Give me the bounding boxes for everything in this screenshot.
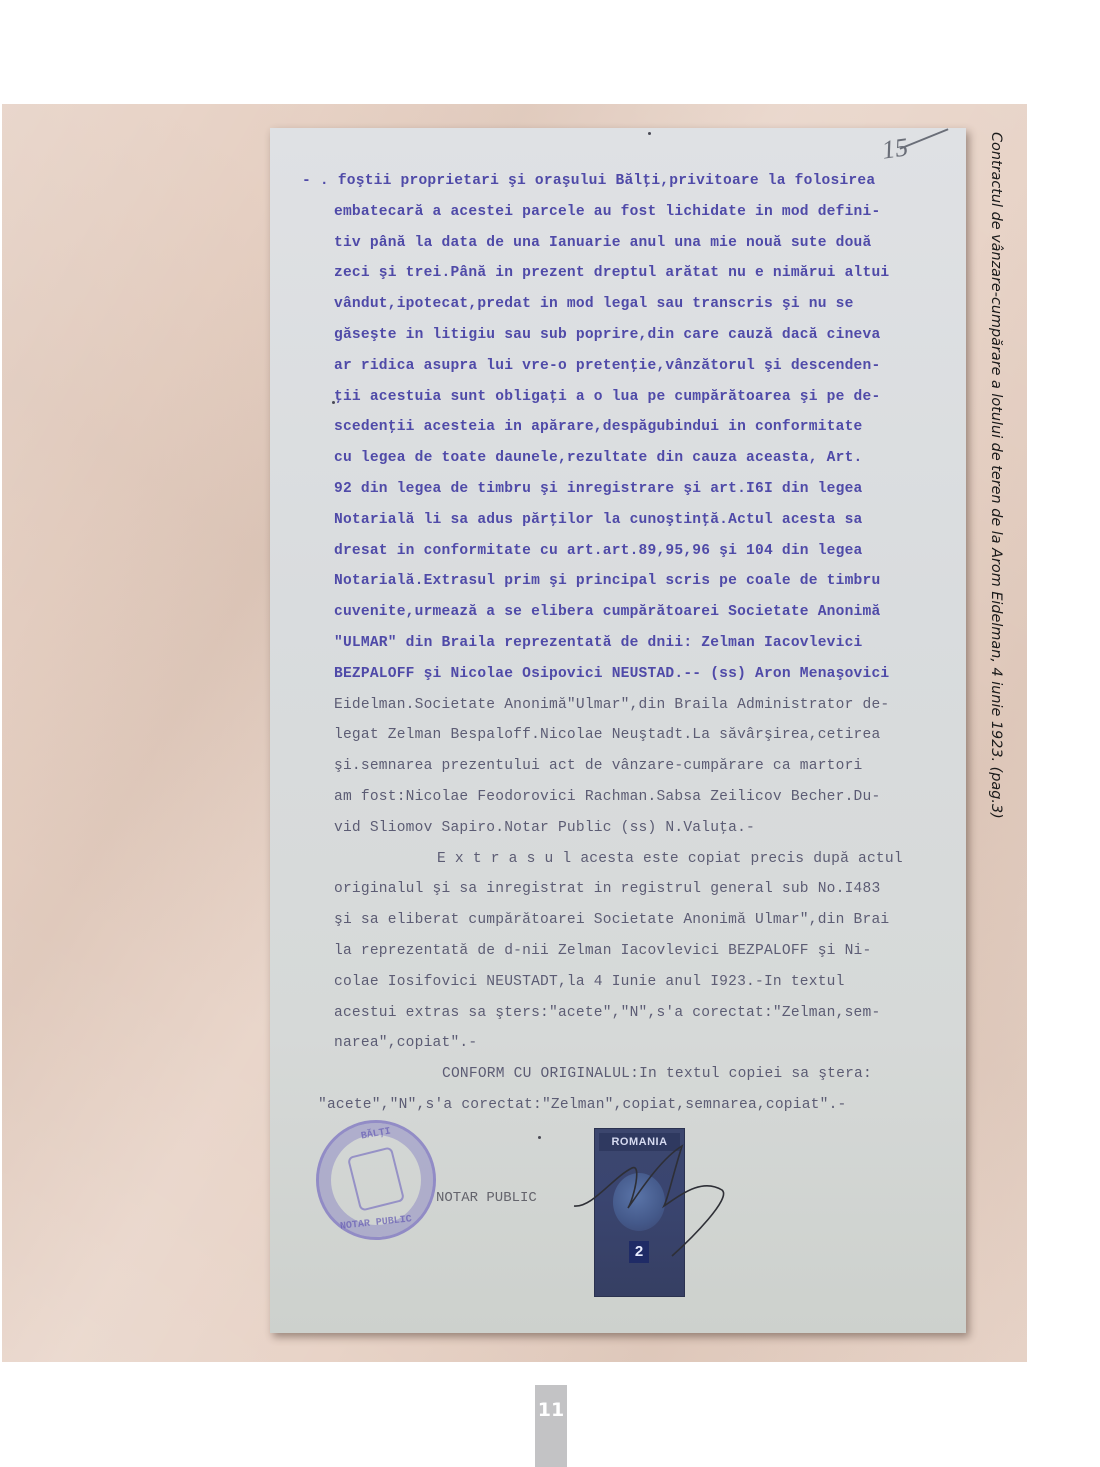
page-number: 11 — [535, 1399, 567, 1421]
text-line: la reprezentată de d-nii Zelman Iacovlev… — [302, 936, 962, 967]
text-line: colae Iosifovici NEUSTADT,la 4 Iunie anu… — [302, 967, 962, 998]
text-line: acestui extras sa şters:"acete","N",s'a … — [302, 998, 962, 1029]
text-line: găseşte in litigiu sau sub poprire,din c… — [302, 320, 962, 351]
text-line: originalul şi sa inregistrat in registru… — [302, 874, 962, 905]
seal-top-text: BĂLŢI — [319, 1119, 433, 1150]
text-line: am fost:Nicolae Feodorovici Rachman.Sabs… — [302, 782, 962, 813]
typed-contract-text: - . foştii proprietari şi oraşului Bălţi… — [302, 166, 962, 1121]
ink-speck — [648, 132, 651, 135]
text-line: 92 din legea de timbru şi inregistrare ş… — [302, 474, 962, 505]
ink-speck — [332, 401, 335, 404]
text-line: Notarială.Extrasul prim şi principal scr… — [302, 566, 962, 597]
text-line: tiv până la data de una Ianuarie anul un… — [302, 228, 962, 259]
page-number-tab: 11 — [535, 1385, 567, 1467]
ink-speck — [538, 1136, 541, 1139]
text-line: E x t r a s u l acesta este copiat preci… — [302, 844, 962, 875]
text-line: "acete","N",s'a corectat:"Zelman",copiat… — [302, 1090, 962, 1121]
text-line: legat Zelman Bespaloff.Nicolae Neuştadt.… — [302, 720, 962, 751]
text-line: ar ridica asupra lui vre-o pretenţie,vân… — [302, 351, 962, 382]
text-line: vid Sliomov Sapiro.Notar Public (ss) N.V… — [302, 813, 962, 844]
scanned-contract-page: 15 - . foştii proprietari şi oraşului Bă… — [270, 128, 966, 1333]
text-line: narea",copiat".- — [302, 1028, 962, 1059]
text-line: şi.semnarea prezentului act de vânzare-c… — [302, 751, 962, 782]
seal-bottom-text: NOTAR PUBLIC — [319, 1212, 434, 1235]
handwritten-folio-number: 15 — [880, 132, 910, 165]
text-line: zeci şi trei.Până in prezent dreptul ară… — [302, 258, 962, 289]
text-line: "ULMAR" din Braila reprezentată de dnii:… — [302, 628, 962, 659]
text-line: BEZPALOFF şi Nicolae Osipovici NEUSTAD.-… — [302, 659, 962, 690]
text-line: - . foştii proprietari şi oraşului Bălţi… — [302, 166, 962, 197]
text-line: scedenţii acesteia in apărare,despăgubin… — [302, 412, 962, 443]
notary-seal-icon: BĂLŢI NOTAR PUBLIC — [316, 1120, 436, 1240]
text-line: cu legea de toate daunele,rezultate din … — [302, 443, 962, 474]
text-line: Notarială li sa adus părţilor la cunoşti… — [302, 505, 962, 536]
text-line: embatecară a acestei parcele au fost lic… — [302, 197, 962, 228]
text-line: ţii acestuia sunt obligaţi a o lua pe cu… — [302, 382, 962, 413]
text-line: şi sa eliberat cumpărătoarei Societate A… — [302, 905, 962, 936]
text-line: Eidelman.Societate Anonimă"Ulmar",din Br… — [302, 690, 962, 721]
figure-caption: Contractul de vânzare-cumpărare a lotulu… — [984, 132, 1008, 852]
text-line: dresat in conformitate cu art.art.89,95,… — [302, 536, 962, 567]
seal-coat-of-arms-icon — [347, 1146, 405, 1211]
text-line: CONFORM CU ORIGINALUL:In textul copiei s… — [302, 1059, 962, 1090]
notary-signature-label: NOTAR PUBLIC — [436, 1190, 537, 1206]
text-line: vândut,ipotecat,predat in mod legal sau … — [302, 289, 962, 320]
text-line: cuvenite,urmează a se elibera cumpărătoa… — [302, 597, 962, 628]
handwritten-signature-icon — [572, 1138, 742, 1258]
